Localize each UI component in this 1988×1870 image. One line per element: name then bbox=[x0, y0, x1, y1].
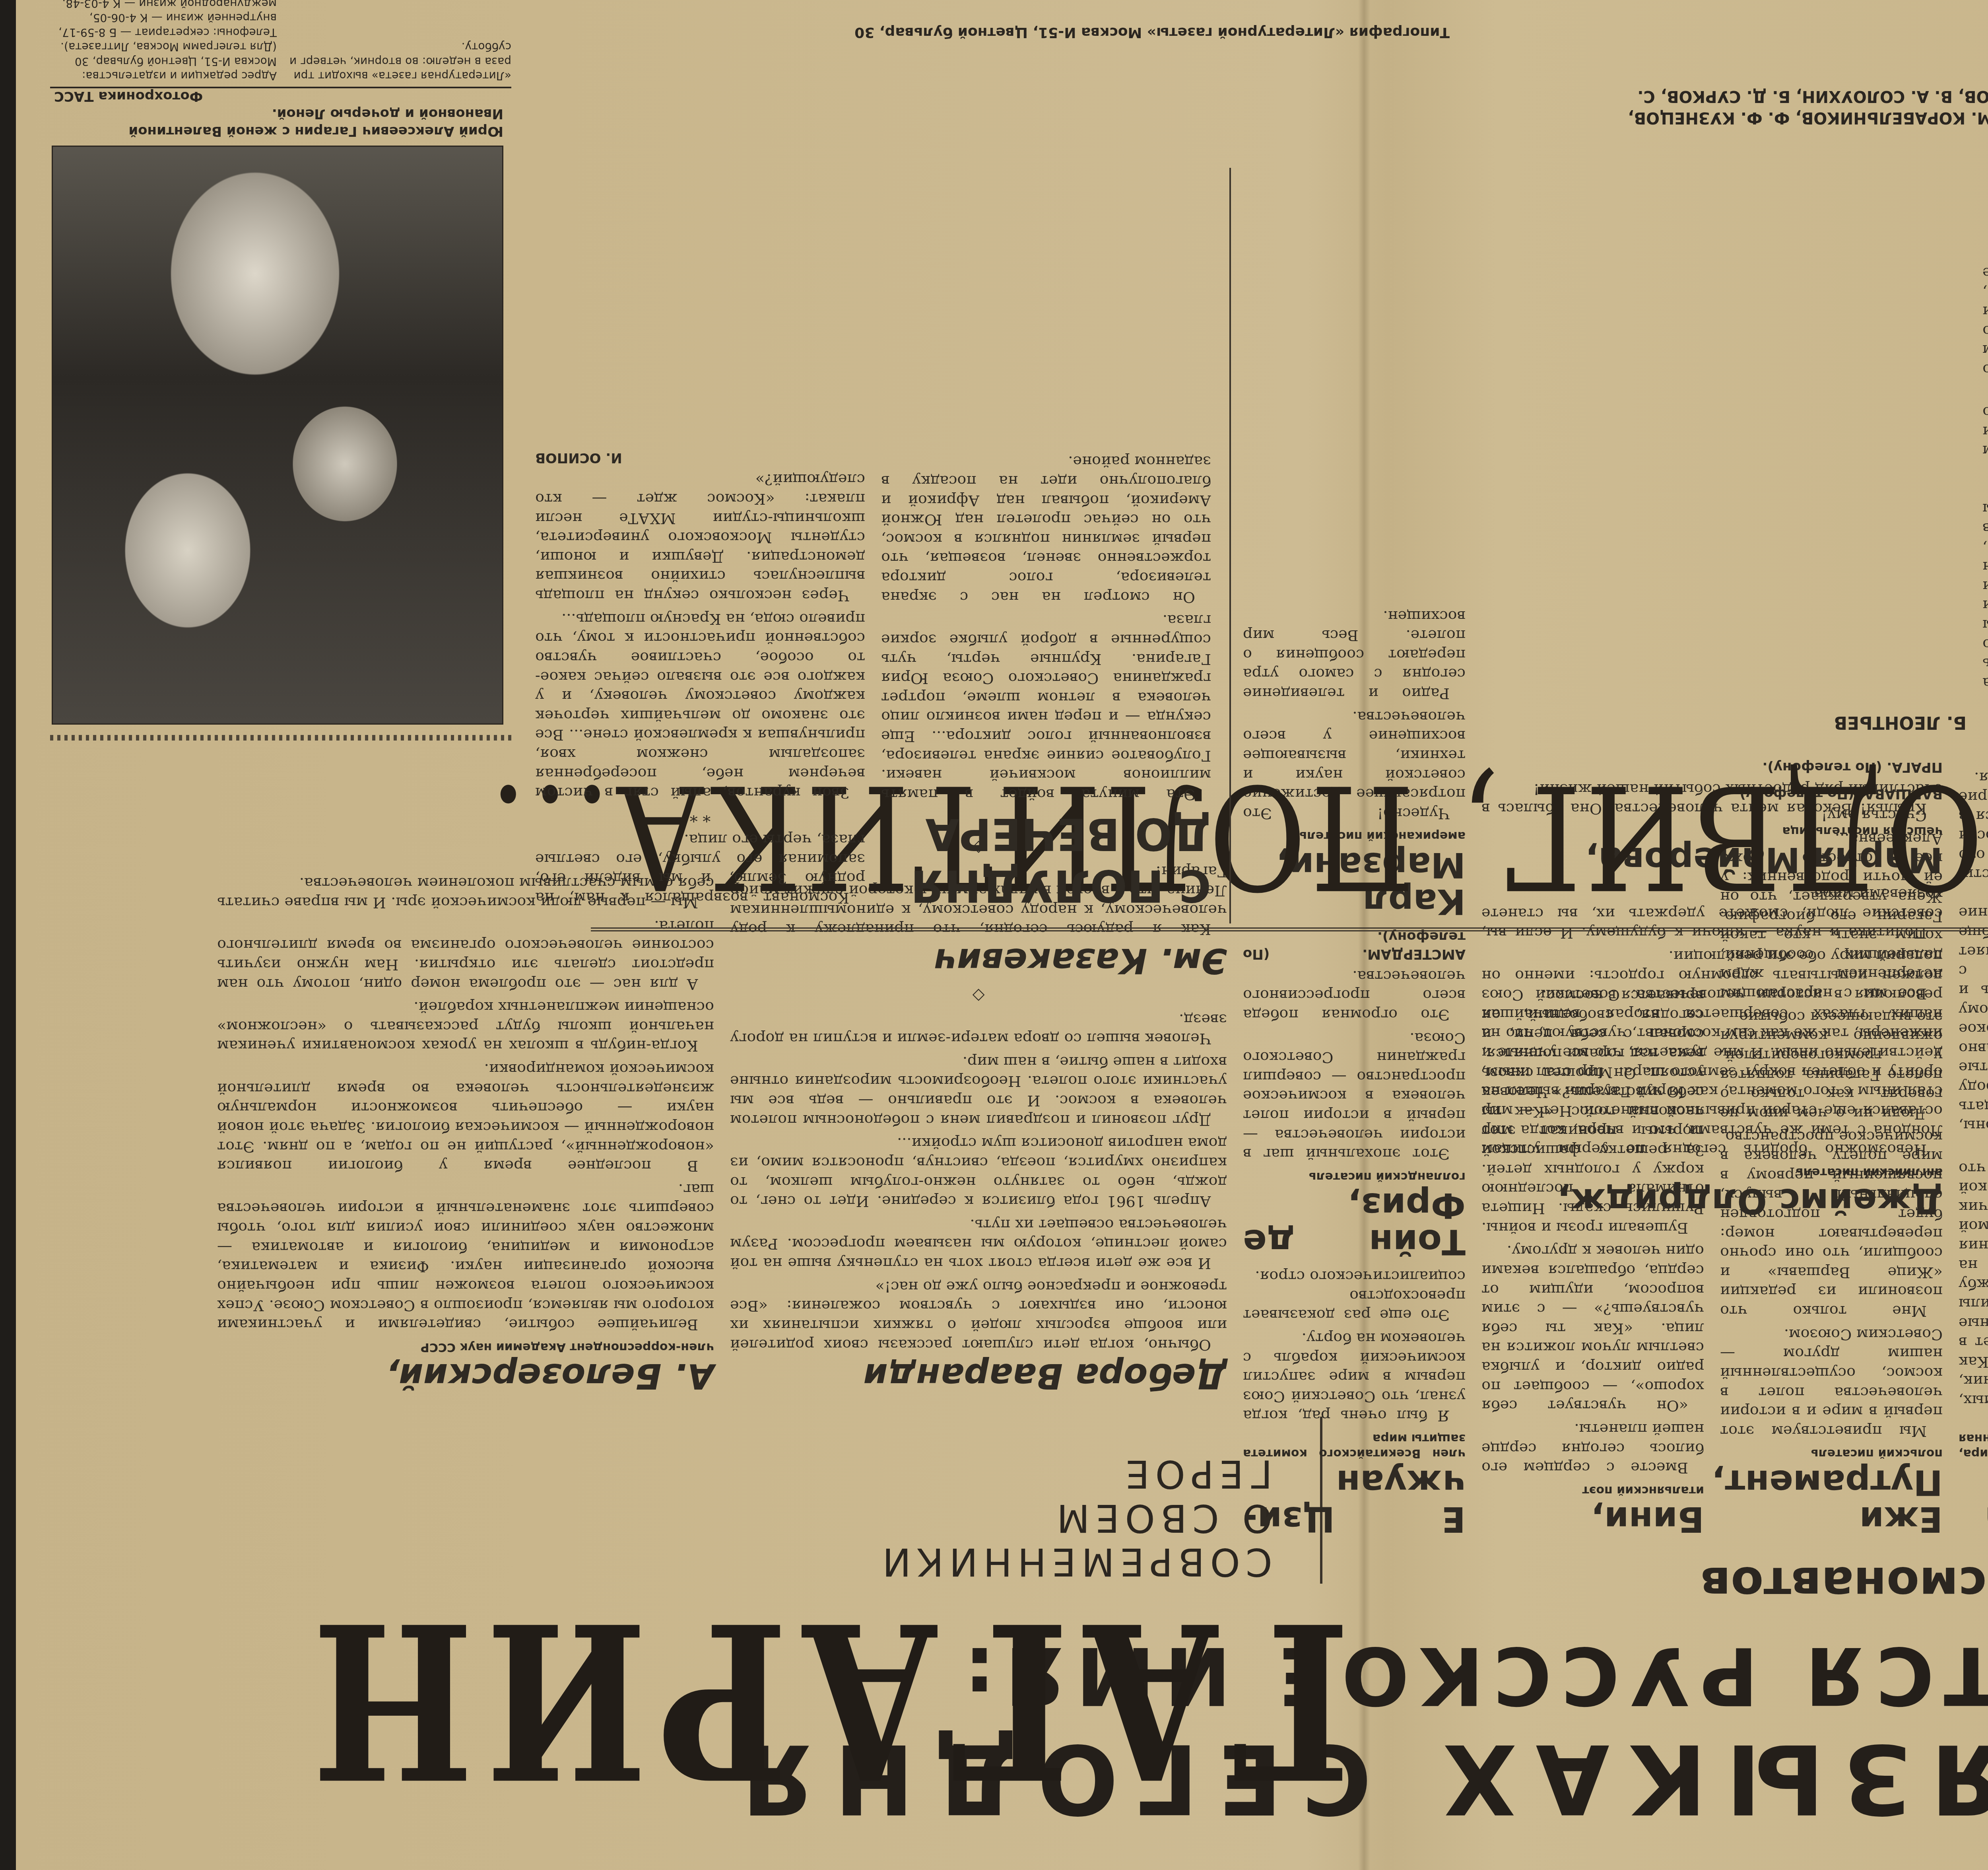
paragraph: Это огромная победа всего прогрессивного… bbox=[1243, 966, 1466, 1024]
author-role: голландский писатель bbox=[1243, 1168, 1466, 1184]
telegram-text: Разделяем радость советских писателей. А… bbox=[1959, 1054, 1988, 1072]
evening-title-line-1: С ПОЛУДНЯ bbox=[881, 864, 1211, 908]
evening-title-line-2: ДО ВЕЧЕРА bbox=[881, 812, 1211, 856]
paragraph: И все же дети всегда стоят хоть на ступе… bbox=[730, 1215, 1227, 1273]
telegram-recipient: МОСКВА, СОЮЗ ПИСАТЕЛЕЙ СССР bbox=[1959, 1076, 1988, 1093]
author-name: Бини, bbox=[1481, 1501, 1704, 1538]
author-name: Тойн де Фриз, bbox=[1243, 1187, 1466, 1261]
paragraph: «Он чувствует себя хорошо», — сообщает п… bbox=[1481, 1242, 1704, 1416]
paragraph: Мы приветствуем этот первый в мире и в и… bbox=[1720, 1325, 1943, 1441]
author-name: Ежи Путрамент, bbox=[1720, 1464, 1943, 1538]
paragraph: Когда-нибудь в школах на уроках космонав… bbox=[217, 998, 714, 1056]
evening-signature: И. ОСИПОВ bbox=[535, 449, 865, 466]
science-author: Б. ЛЕОНТЬЕВ bbox=[1834, 712, 1967, 733]
telegram-signature: Радован ЗОГОВИЧ. bbox=[1959, 1012, 1988, 1029]
article-de-vries: Е Цзи-чжуан член Всекитайского комитета … bbox=[1243, 603, 1466, 1544]
subheading-line-1: СОВРЕМЕННИКИ bbox=[922, 1540, 1320, 1584]
caption-text: Юрий Алексеевич Гагарин с женой Валентин… bbox=[54, 105, 503, 140]
paragraph: В последнее время у биологии появился «н… bbox=[217, 1059, 714, 1176]
science-body: ОГРОМНО международное значение первого п… bbox=[1982, 176, 1988, 693]
publication-info: «Литературная газета» выходит три раза в… bbox=[50, 0, 511, 88]
photo-gagarin-family bbox=[52, 146, 503, 725]
paragraph: Радио и телевидение сегодня с самого утр… bbox=[1243, 606, 1466, 703]
author-role: английский писатель bbox=[1481, 1164, 1943, 1179]
photo-credit: Фотохроника ТАСС bbox=[54, 87, 503, 105]
board-members: Редакционная коллегия: Ю. В. БОНДАРЕВ, Б… bbox=[1625, 64, 1988, 128]
headline-gagarin: ГАГАРИН bbox=[301, 1593, 1350, 1807]
author-role: член Всемирного Совета Мира, бельгийская… bbox=[1959, 1415, 1988, 1461]
editorial-address: Адрес редакции и издательства: Москва И-… bbox=[50, 0, 277, 83]
scan-edge-left bbox=[0, 0, 16, 1870]
paragraph: Он смотрел на нас с экрана телевизора, г… bbox=[881, 452, 1211, 607]
wavy-border bbox=[46, 735, 511, 741]
author-name: А. Белозерский, bbox=[217, 1358, 714, 1394]
author-name: Дебора Ваaранди bbox=[730, 1358, 1227, 1394]
article-belozersky: А. Белозерский, член-корреспондент Акаде… bbox=[217, 870, 714, 1401]
paragraph: Один из моих знакомых, бельгийский летчи… bbox=[1959, 1139, 1988, 1410]
editorial-board: И. о. главного редактора В. А. КОСОЛАПОВ… bbox=[1625, 64, 1988, 148]
paragraph: И это необходимо политическим деятелям З… bbox=[1982, 244, 1988, 379]
paragraph: Вместе с сердцем его билось сегодня серд… bbox=[1481, 1419, 1704, 1477]
publication-schedule: «Литературная газета» выходит три раза в… bbox=[285, 0, 511, 83]
telegram-intro: Телеграмма из Польши: bbox=[1959, 1097, 1988, 1114]
paragraph: Обычно, когда дети слушают рассказы свои… bbox=[730, 1277, 1227, 1355]
author-name: Эм. Казакевич bbox=[730, 942, 1227, 979]
photo-caption: Юрий Алексеевич Гагарин с женой Валентин… bbox=[54, 87, 503, 140]
telegram-recipient-2: МОСКВА, СОЮЗ ПИСАТЕЛЕЙ СССР bbox=[1959, 1033, 1988, 1051]
paragraph: Апрель 1961 года близится к середине. Ид… bbox=[730, 1134, 1227, 1211]
newspaper-page: НА ВСЕХ ЯЗЫКАХ СЕГОДНЯ ПРОИЗНОСИТСЯ РУСС… bbox=[0, 0, 1988, 1870]
author-name: Изабелла Блюм, bbox=[1959, 1464, 1988, 1538]
paragraph: Эта минута войдет в память миллионов мос… bbox=[881, 611, 1211, 804]
author-name: Джеймс Олдридж, bbox=[1481, 1183, 1943, 1219]
kicker-headline: Земной шар—родине космонавтов bbox=[1701, 1560, 1988, 1608]
paragraph: Этот эпохальный шаг в истории человечест… bbox=[1243, 1028, 1466, 1164]
paragraph: Величайшее событие, свидетелями и участн… bbox=[217, 1180, 714, 1334]
printer-info: Типография «Литературной газеты» Москва … bbox=[854, 24, 1450, 41]
author-name: Е Цзи-чжуан bbox=[1243, 1464, 1466, 1538]
asterisk-ornament-icon: * * bbox=[535, 806, 865, 826]
author-role: член-корреспондент Академии наук СССР bbox=[217, 1339, 714, 1354]
author-role: польский писатель bbox=[1720, 1446, 1943, 1461]
section-divider bbox=[591, 927, 1988, 931]
column-rule bbox=[1229, 168, 1231, 923]
paragraph: Это еще раз доказывает превосходство соц… bbox=[1243, 1267, 1466, 1325]
paragraph: Невозможно бродить сегодня по серым улиц… bbox=[1481, 947, 1943, 1159]
paragraph: Звон курантов, алый стяг в чистом вечерн… bbox=[535, 609, 865, 803]
diamond-ornament-icon: ◇ bbox=[730, 986, 1227, 1006]
telegrams: Телеграмма из Польши: МОСКВА, СОЮЗ ПИСАТ… bbox=[1959, 1004, 1988, 1114]
paragraph: Через несколько секунд на площадь выплес… bbox=[535, 470, 865, 605]
paragraph: Я был очень рад, когда узнал, что Советс… bbox=[1243, 1329, 1466, 1425]
author-role: итальянский поэт bbox=[1481, 1482, 1704, 1497]
dateline: АМСТЕРДАМ. (По телефону). bbox=[1243, 928, 1466, 962]
paragraph: Человек вышел со двора матери-земли и вс… bbox=[730, 1010, 1227, 1048]
acting-editor: И. о. главного редактора В. А. КОСОЛАПОВ… bbox=[1625, 128, 1988, 148]
author-role: член Всекитайского комитета защиты мира bbox=[1243, 1430, 1466, 1461]
paragraph: Космонавт возвращался к нам, на родную З… bbox=[535, 830, 865, 908]
paragraph: Друг позвонил и поздравил меня с победон… bbox=[730, 1052, 1227, 1130]
evening-section: С ПОЛУДНЯ ДО ВЕЧЕРА Эта минута войдет в … bbox=[535, 160, 1211, 908]
